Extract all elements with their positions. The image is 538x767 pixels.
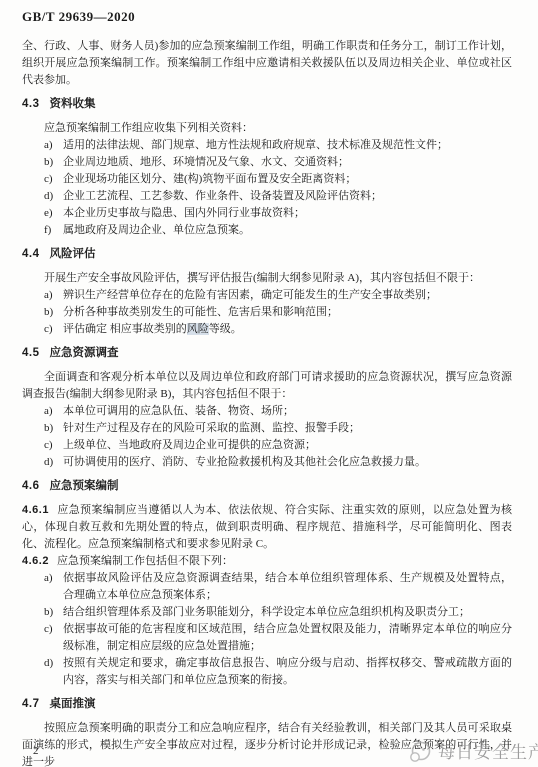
list-item-label: a) — [44, 403, 53, 420]
list-item-label: c) — [44, 621, 53, 638]
list-item: a)依据事故风险评估及应急资源调查结果，结合本单位组织管理体系、生产规模及处置特… — [22, 570, 512, 604]
list-item-label: c) — [44, 437, 53, 454]
document-body: GB/T 29639—2020 全、行政、人事、财务人员)参加的应急预案编制工作… — [0, 0, 538, 767]
list-item-label: b) — [44, 420, 53, 437]
section-heading-4-3: 4.3资料收集 — [22, 96, 512, 113]
list-item-label: d) — [44, 655, 53, 672]
list-item-text: 按照有关规定和要求，确定事故信息报告、响应分级与启动、指挥权移交、警戒疏散方面的… — [63, 657, 512, 686]
list-item-text: 企业现场功能区划分、建(构)筑物平面布置及安全距离资料； — [63, 173, 356, 185]
list-item: f)属地政府及周边企业、单位应急预案。 — [22, 222, 512, 239]
section-number: 4.7 — [22, 698, 40, 710]
list-item: a)适用的法律法规、部门规章、地方性法规和政府规章、技术标准及规范性文件； — [22, 137, 512, 154]
highlighted-term: 风险 — [187, 323, 209, 335]
list-item: e)本企业历史事故与隐患、国内外同行业事故资料； — [22, 205, 512, 222]
section-number: 4.6 — [22, 480, 40, 492]
section-heading-4-6: 4.6应急预案编制 — [22, 478, 512, 495]
list-item-text: 辨识生产经营单位存在的危险有害因素，确定可能发生的生产安全事故类别； — [63, 289, 437, 301]
list-item-label: a) — [44, 570, 53, 587]
list-item: c)上级单位、当地政府及周边企业可提供的应急资源； — [22, 437, 512, 454]
list-item: c)企业现场功能区划分、建(构)筑物平面布置及安全距离资料； — [22, 171, 512, 188]
list-item: c)依据事故可能的危害程度和区域范围，结合应急处置权限及能力，清晰界定本单位的响… — [22, 621, 512, 655]
list-item-text: 针对生产过程及存在的风险可采取的监测、监控、报警手段； — [63, 422, 360, 434]
section-title: 风险评估 — [50, 248, 96, 260]
clause-4-6-2: 4.6.2应急预案编制工作包括但不限下列： — [22, 553, 512, 570]
list-item-label: c) — [44, 321, 53, 338]
standard-number-header: GB/T 29639—2020 — [22, 8, 512, 25]
list-item-text: 本单位可调用的应急队伍、装备、物资、场所； — [63, 405, 294, 417]
list-item-label: a) — [44, 137, 53, 154]
list-item: b)企业周边地质、地形、环境情况及气象、水文、交通资料； — [22, 154, 512, 171]
list-item-label: a) — [44, 287, 53, 304]
list-item: d)按照有关规定和要求，确定事故信息报告、响应分级与启动、指挥权移交、警戒疏散方… — [22, 655, 512, 689]
list-item-text: 本企业历史事故与隐患、国内外同行业事故资料； — [63, 207, 305, 219]
clause-text: 应急预案编制应当遵循以人为本、依法依规、符合实际、注重实效的原则，以应急处置为核… — [22, 504, 512, 550]
list-item-label: b) — [44, 304, 53, 321]
list-item-label: b) — [44, 154, 53, 171]
clause-number: 4.6.1 — [22, 504, 49, 516]
list-item-text: 结合组织管理体系及部门业务职能划分，科学设定本单位应急组织机构及职责分工； — [63, 606, 470, 618]
watermark-text: 每日安全生产 — [438, 744, 538, 761]
list-item-text: 上级单位、当地政府及周边企业可提供的应急资源； — [63, 439, 316, 451]
section-number: 4.5 — [22, 347, 40, 359]
section-heading-4-5: 4.5应急资源调查 — [22, 345, 512, 362]
section-lead-paragraph: 开展生产安全事故风险评估，撰写评估报告(编制大纲参见附录 A)，其内容包括但不限… — [22, 270, 512, 287]
intro-continuation-paragraph: 全、行政、人事、财务人员)参加的应急预案编制工作组，明确工作职责和任务分工，制订… — [22, 38, 512, 89]
list-item-text: 企业工艺流程、工艺参数、作业条件、设备装置及风险评估资料； — [63, 190, 382, 202]
list-item-label: b) — [44, 604, 53, 621]
clause-number: 4.6.2 — [22, 555, 49, 567]
section-title: 桌面推演 — [50, 698, 96, 710]
list-item-text: 等级。 — [209, 323, 242, 335]
document-page: GB/T 29639—2020 全、行政、人事、财务人员)参加的应急预案编制工作… — [0, 0, 538, 767]
list-item-text: 可协调使用的医疗、消防、专业抢险救援机构及其他社会化应急救援力量。 — [63, 456, 426, 468]
watermark-logo-icon — [407, 739, 433, 765]
list-item: b)分析各种事故类别发生的可能性、危害后果和影响范围； — [22, 304, 512, 321]
watermark: 每日安全生产 — [407, 739, 538, 765]
list-item-label: e) — [44, 205, 53, 222]
section-number: 4.4 — [22, 248, 40, 260]
clause-text: 应急预案编制工作包括但不限下列： — [57, 555, 233, 567]
list-item: b)结合组织管理体系及部门业务职能划分，科学设定本单位应急组织机构及职责分工； — [22, 604, 512, 621]
section-lead-paragraph: 全面调查和客观分析本单位以及周边单位和政府部门可请求援助的应急资源状况，撰写应急… — [22, 369, 512, 403]
list-item-label: d) — [44, 454, 53, 471]
list-item: a)辨识生产经营单位存在的危险有害因素，确定可能发生的生产安全事故类别； — [22, 287, 512, 304]
list-item: c)评估确定 相应事故类别的风险等级。 — [22, 321, 512, 338]
section-lead-paragraph: 应急预案编制工作组应收集下列相关资料： — [22, 120, 512, 137]
list-item-text: 适用的法律法规、部门规章、地方性法规和政府规章、技术标准及规范性文件； — [63, 139, 448, 151]
list-item-text: 企业周边地质、地形、环境情况及气象、水文、交通资料； — [63, 156, 349, 168]
list-item-text: 属地政府及周边企业、单位应急预案。 — [63, 224, 250, 236]
section-heading-4-7: 4.7桌面推演 — [22, 696, 512, 713]
list-item-text: 依据事故可能的危害程度和区域范围，结合应急处置权限及能力，清晰界定本单位的响应分… — [63, 623, 512, 652]
list-item-text: 依据事故风险评估及应急资源调查结果，结合本单位组织管理体系、生产规模及处置特点，… — [63, 572, 512, 601]
list-item: b)针对生产过程及存在的风险可采取的监测、监控、报警手段； — [22, 420, 512, 437]
list-item-text: 分析各种事故类别发生的可能性、危害后果和影响范围； — [63, 306, 338, 318]
list-item: d)可协调使用的医疗、消防、专业抢险救援机构及其他社会化应急救援力量。 — [22, 454, 512, 471]
list-item-text: 评估确定 相应事故类别的 — [63, 323, 187, 335]
section-title: 应急资源调查 — [50, 347, 119, 359]
section-number: 4.3 — [22, 98, 40, 110]
section-title: 资料收集 — [50, 98, 96, 110]
list-item: a)本单位可调用的应急队伍、装备、物资、场所； — [22, 403, 512, 420]
list-item-label: f) — [44, 222, 51, 239]
list-item-label: d) — [44, 188, 53, 205]
clause-4-6-1: 4.6.1应急预案编制应当遵循以人为本、依法依规、符合实际、注重实效的原则，以应… — [22, 502, 512, 553]
section-title: 应急预案编制 — [50, 480, 119, 492]
section-heading-4-4: 4.4风险评估 — [22, 246, 512, 263]
page-number: 2 — [33, 743, 39, 760]
list-item-label: c) — [44, 171, 53, 188]
list-item: d)企业工艺流程、工艺参数、作业条件、设备装置及风险评估资料； — [22, 188, 512, 205]
